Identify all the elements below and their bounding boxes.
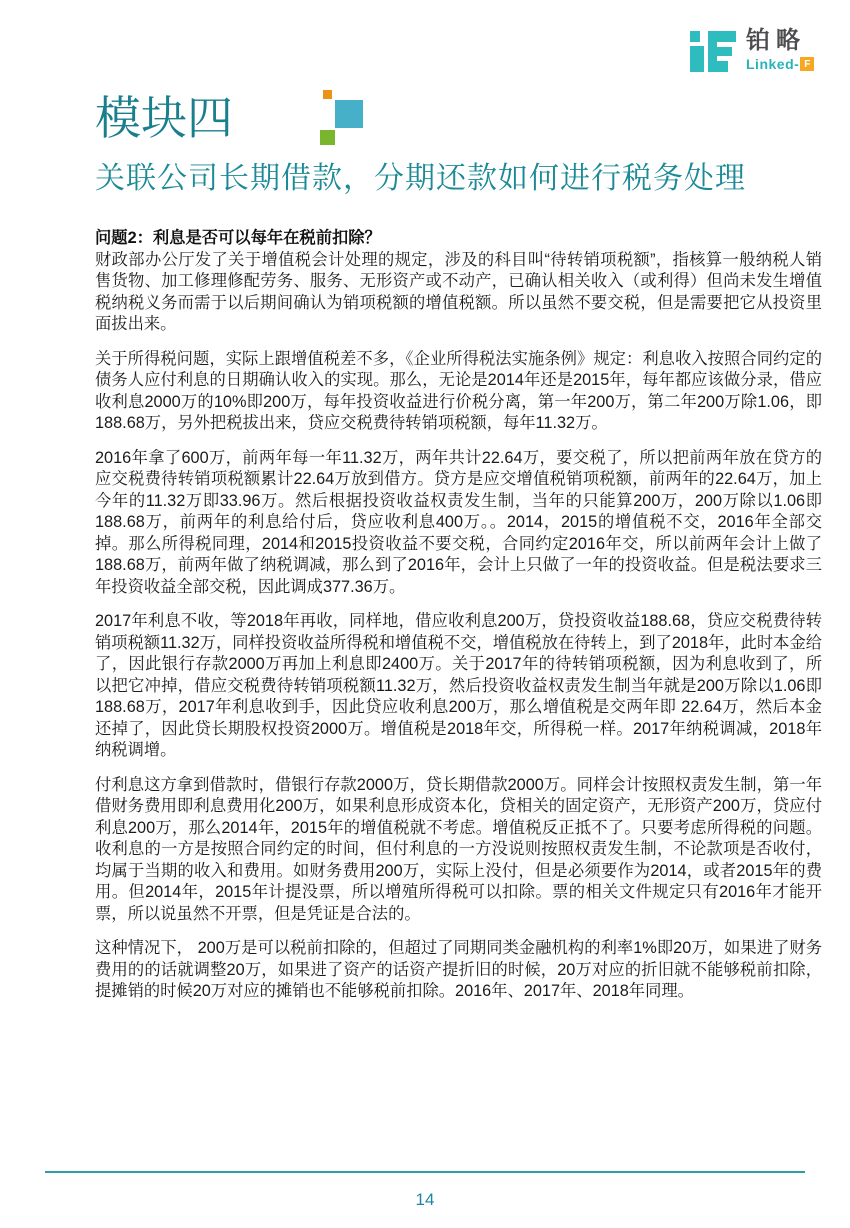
question-heading: 问题2：利息是否可以每年在税前扣除？ bbox=[95, 228, 822, 250]
linked-f-logo-icon bbox=[690, 28, 737, 72]
brand-text: 铂略 Linked- F bbox=[746, 28, 814, 72]
article-body: 问题2：利息是否可以每年在税前扣除？ 财政部办公厅发了关于增值税会计处理的规定，… bbox=[95, 228, 822, 1011]
title-decoration-squares bbox=[320, 88, 370, 148]
page-number: 14 bbox=[0, 1190, 850, 1210]
paragraph: 2016年拿了600万，前两年每一年11.32万，两年共计22.64万，要交税了… bbox=[95, 448, 822, 599]
brand-f-badge: F bbox=[800, 57, 814, 71]
brand-logo: 铂略 Linked- F bbox=[690, 28, 814, 72]
footer-divider bbox=[45, 1171, 805, 1173]
brand-name-cn: 铂略 bbox=[746, 28, 814, 54]
brand-name-en: Linked- bbox=[746, 56, 799, 72]
document-page: 铂略 Linked- F 模块四 关联公司长期借款，分期还款如何进行税务处理 问… bbox=[0, 0, 850, 1228]
paragraph: 关于所得税问题，实际上跟增值税差不多，《企业所得税法实施条例》规定：利息收入按照… bbox=[95, 349, 822, 435]
module-title: 模块四 bbox=[95, 88, 233, 148]
paragraph: 2017年利息不收，等2018年再收，同样地，借应收利息200万，贷投资收益18… bbox=[95, 611, 822, 762]
paragraph: 财政部办公厅发了关于增值税会计处理的规定，涉及的科目叫“待转销项税额”，指核算一… bbox=[95, 250, 822, 336]
teal-square-icon bbox=[335, 100, 363, 128]
page-subtitle: 关联公司长期借款，分期还款如何进行税务处理 bbox=[95, 158, 825, 200]
paragraph: 这种情况下， 200万是可以税前扣除的，但超过了同期同类金融机构的利率1%即20… bbox=[95, 938, 822, 1003]
orange-square-icon bbox=[323, 90, 332, 99]
paragraph: 付利息这方拿到借款时，借银行存款2000万，贷长期借款2000万。同样会计按照权… bbox=[95, 775, 822, 926]
green-square-icon bbox=[320, 130, 335, 145]
